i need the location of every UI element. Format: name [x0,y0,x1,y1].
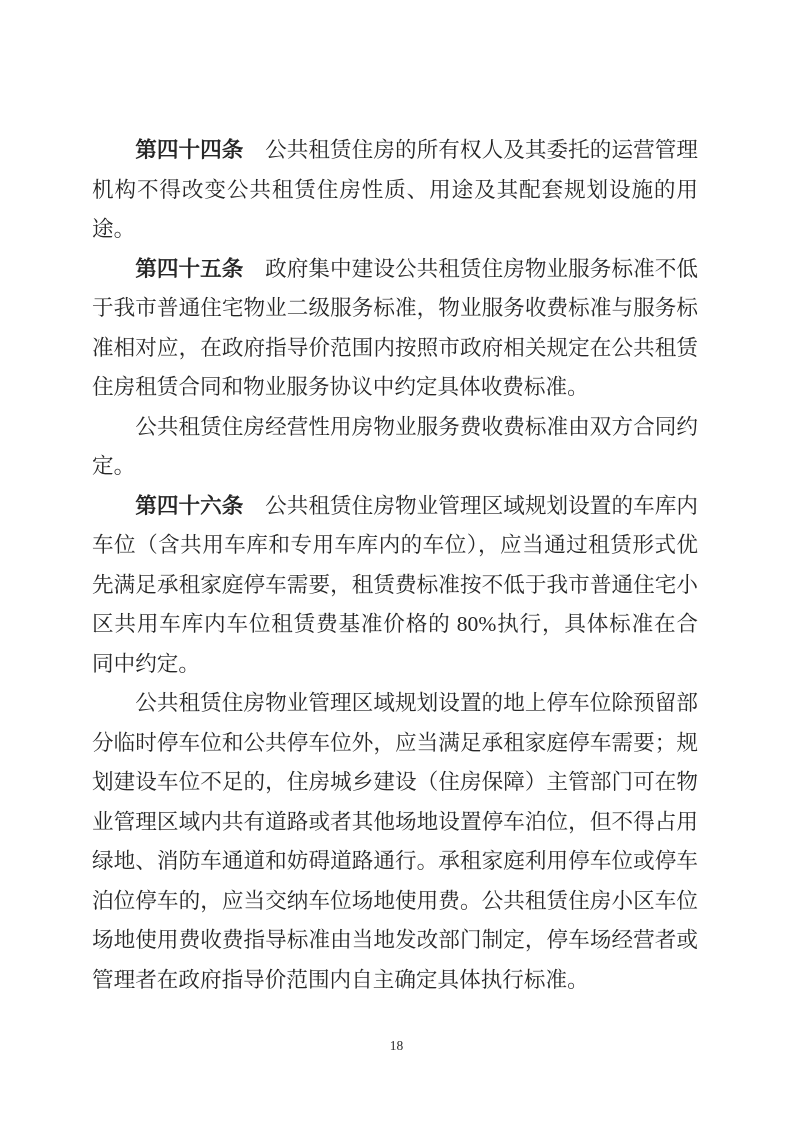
article-45-number: 第四十五条 [135,257,243,281]
paragraph-article-45-clause-2: 公共租赁住房经营性用房物业服务费收费标准由双方合同约定。 [92,408,698,487]
paragraph-article-44: 第四十四条 公共租赁住房的所有权人及其委托的运营管理机构不得改变公共租赁住房性质… [92,131,698,250]
heading-gap [243,138,265,162]
page-number: 18 [0,1038,793,1054]
paragraph-article-46: 第四十六条 公共租赁住房物业管理区域规划设置的车库内车位（含共用车库和专用车库内… [92,487,698,685]
article-46-number: 第四十六条 [135,494,243,518]
paragraph-article-45: 第四十五条 政府集中建设公共租赁住房物业服务标准不低于我市普通住宅物业二级服务标… [92,250,698,408]
article-46-clause-2-text: 公共租赁住房物业管理区域规划设置的地上停车位除预留部分临时停车位和公共停车位外，… [92,691,698,992]
heading-gap [243,494,265,518]
heading-gap [243,257,265,281]
article-46-text: 公共租赁住房物业管理区域规划设置的车库内车位（含共用车库和专用车库内的车位），应… [92,494,698,676]
paragraph-article-46-clause-2: 公共租赁住房物业管理区域规划设置的地上停车位除预留部分临时停车位和公共停车位外，… [92,684,698,1000]
article-45-clause-2-text: 公共租赁住房经营性用房物业服务费收费标准由双方合同约定。 [92,415,698,479]
article-44-number: 第四十四条 [135,138,243,162]
document-page: 第四十四条 公共租赁住房的所有权人及其委托的运营管理机构不得改变公共租赁住房性质… [0,0,793,1122]
document-body: 第四十四条 公共租赁住房的所有权人及其委托的运营管理机构不得改变公共租赁住房性质… [92,131,698,1000]
